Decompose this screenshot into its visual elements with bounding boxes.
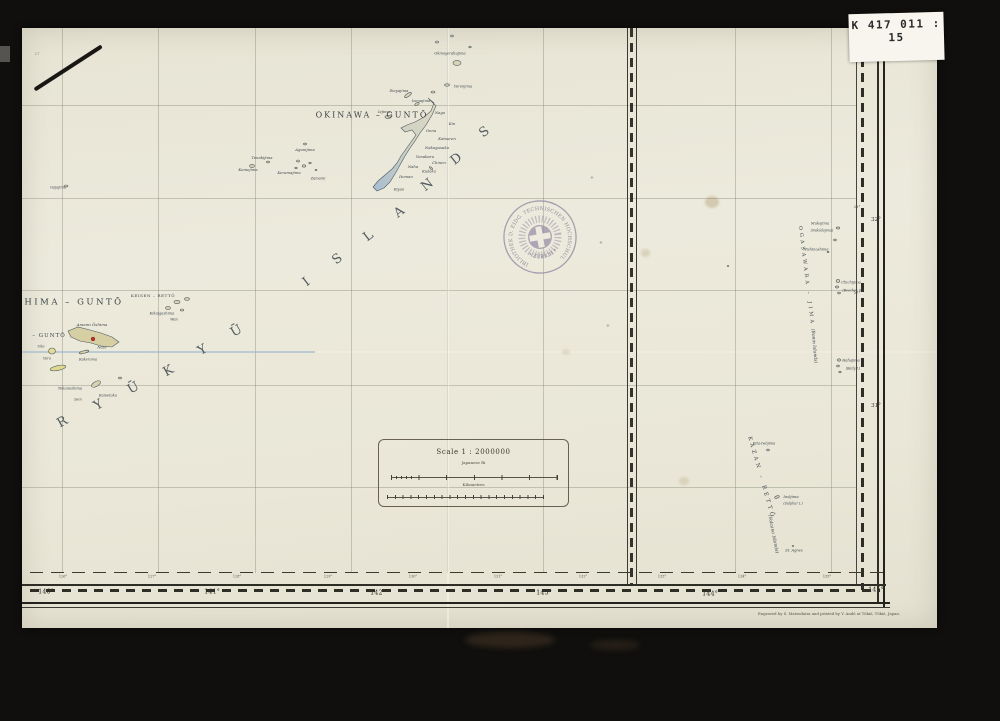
place-label: Naha — [408, 165, 418, 169]
chichijima-islet — [835, 286, 838, 288]
place-label: Zamami — [311, 177, 326, 181]
lon-minor: 128° — [233, 575, 241, 578]
place-label: Kita-Iwōjima — [753, 442, 776, 446]
aguni-island — [304, 143, 307, 145]
yome-island — [834, 239, 837, 241]
label-okinawa-gunto: OKINAWA – GUNTŌ — [316, 112, 429, 120]
place-label: Iejima — [378, 110, 390, 114]
kikai-islet — [166, 307, 171, 310]
place-label: Kakeroma — [79, 358, 97, 362]
kerama-islet — [295, 167, 297, 169]
place-label: Nago — [435, 111, 445, 115]
lon-minor: 127° — [148, 575, 156, 578]
scan-background: Scale 1 : 2000000 Japanese Ri Kilometres… — [0, 0, 1000, 721]
reef-mark: + — [606, 324, 610, 329]
islet — [431, 91, 435, 93]
lon-minor: 133° — [658, 575, 666, 578]
label-gunto: – GUNTŌ — [32, 333, 66, 339]
chichijima-islet — [838, 292, 841, 294]
minami-iwojima-island — [792, 545, 794, 546]
lon-label: 144° — [702, 591, 718, 598]
kerama-islet — [297, 160, 300, 162]
chichijima-island — [836, 280, 840, 283]
lon-minor: 131° — [494, 575, 502, 578]
place-label: Onna — [426, 129, 436, 133]
place-label: (Baily I.) — [846, 367, 860, 370]
hahajima-islet — [837, 365, 840, 367]
place-label: Kametoku — [99, 394, 117, 398]
scale-bar-km — [387, 495, 544, 499]
islet — [119, 377, 122, 379]
place-label: (Beechey G.) — [842, 289, 863, 292]
margin-note: 27 — [34, 52, 39, 56]
place-label: Wan — [170, 318, 177, 321]
eth-library-stamp: BIBLIOTHEK D. EIDG. TECHNISCHEN HOCHSCHU… — [496, 193, 584, 281]
okinoerabu-island — [453, 61, 461, 66]
place-label: Iheyajima — [390, 89, 409, 93]
place-label: Keramajima — [277, 171, 300, 175]
place-label: Kin — [449, 122, 456, 126]
place-label: Agunijima — [295, 148, 315, 152]
catalog-label: K 417 011 : 15 — [848, 12, 944, 62]
scale-km-label: Kilometres — [426, 482, 521, 487]
lat-label: 28° — [854, 205, 861, 209]
naze-town-dot — [91, 337, 95, 341]
place-label: Gajajima — [50, 186, 66, 190]
place-label: Yonabaru — [416, 155, 434, 159]
lon-minor: 135° — [823, 575, 831, 578]
place-label: Kumejima — [238, 168, 257, 172]
kikai-islet — [180, 309, 183, 311]
place-label: Nishinoshima — [804, 248, 829, 252]
hahajima-island — [837, 359, 840, 361]
place-label: (Nakōdojima) — [811, 229, 834, 232]
yoro-island — [50, 364, 67, 372]
place-label: Katsuren — [438, 137, 456, 141]
place-label: Tonakijima — [251, 156, 272, 160]
scale-bar-ri — [391, 475, 558, 480]
muko-island — [836, 227, 840, 229]
kikai-islet — [174, 300, 180, 303]
lon-minor: 129° — [324, 575, 332, 578]
place-label: Yoro — [43, 357, 51, 361]
reef-mark: + — [590, 176, 594, 181]
place-label: Tokunoshima — [58, 387, 82, 391]
label-keisen-retto: KEISEN – RETTŌ — [131, 294, 175, 298]
kakeroma-island — [79, 349, 89, 354]
place-label: Okinoyerabujima — [434, 52, 465, 56]
label-hima-gunto: HIMA – GUNTŌ — [24, 299, 123, 308]
scale-box: Scale 1 : 2000000 Japanese Ri Kilometres — [378, 439, 569, 507]
place-label: Uke — [37, 345, 44, 349]
lon-minor: 132° — [579, 575, 587, 578]
place-label: Mukojima — [811, 222, 829, 226]
kerama-islet — [302, 165, 306, 167]
place-label: Iwōjima — [783, 495, 798, 499]
iwojima-island — [774, 495, 779, 499]
lat-label: 32° — [871, 217, 881, 223]
place-label: Naze — [97, 346, 106, 350]
kerama-islet — [315, 169, 317, 170]
place-label: Kikaigashima — [150, 312, 175, 316]
place-label: Kiyan — [394, 188, 404, 192]
place-label: (Sulphur I.) — [783, 502, 802, 505]
yoron-island — [445, 84, 450, 86]
lon-label: 145° — [868, 587, 884, 594]
place-label: Amami Ōshima — [77, 323, 108, 327]
kerama-islet — [309, 162, 311, 164]
lon-minor: 134° — [738, 575, 746, 578]
imprint: Engraved by S. Matsudaira and printed by… — [758, 612, 900, 616]
place-label: Nakagusuku — [425, 146, 449, 150]
lon-label: 141° — [204, 589, 220, 596]
catalog-number: K 417 011 : 15 — [849, 17, 945, 45]
islet — [469, 46, 471, 48]
islet — [451, 35, 454, 37]
scale-ri-label: Japanese Ri — [426, 460, 521, 465]
place-label: Isen — [74, 398, 82, 402]
lat-label: 31° — [871, 403, 881, 409]
place-label: St. Agnes — [785, 549, 802, 553]
lon-minor: 126° — [59, 575, 67, 578]
place-label: Izenajima — [412, 99, 431, 103]
kita-iwojima-island — [767, 449, 770, 451]
hahajima-islet — [839, 371, 841, 373]
place-label: Hahajima — [842, 359, 860, 363]
place-label: Yoronjima — [454, 85, 472, 89]
lon-label: 142° — [370, 590, 386, 597]
uke-island — [49, 348, 56, 354]
rosario-islet — [727, 265, 729, 266]
scale-bar-ri-subdivision — [391, 476, 416, 479]
tokunoshima-island — [90, 379, 101, 388]
kikai-islet — [185, 298, 190, 301]
scale-text: Scale 1 : 2000000 — [379, 448, 568, 456]
islet — [435, 41, 438, 43]
reef-mark: + — [599, 241, 603, 246]
place-label: Itoman — [399, 175, 413, 179]
lon-label: 140° — [38, 589, 54, 596]
tonaki-island — [267, 161, 270, 163]
place-label: Chichijima — [841, 281, 861, 285]
place-label: Kudaka — [422, 170, 436, 174]
place-label: Chinen — [432, 161, 446, 165]
lon-minor: 130° — [409, 575, 417, 578]
lon-label: 143° — [536, 590, 552, 597]
